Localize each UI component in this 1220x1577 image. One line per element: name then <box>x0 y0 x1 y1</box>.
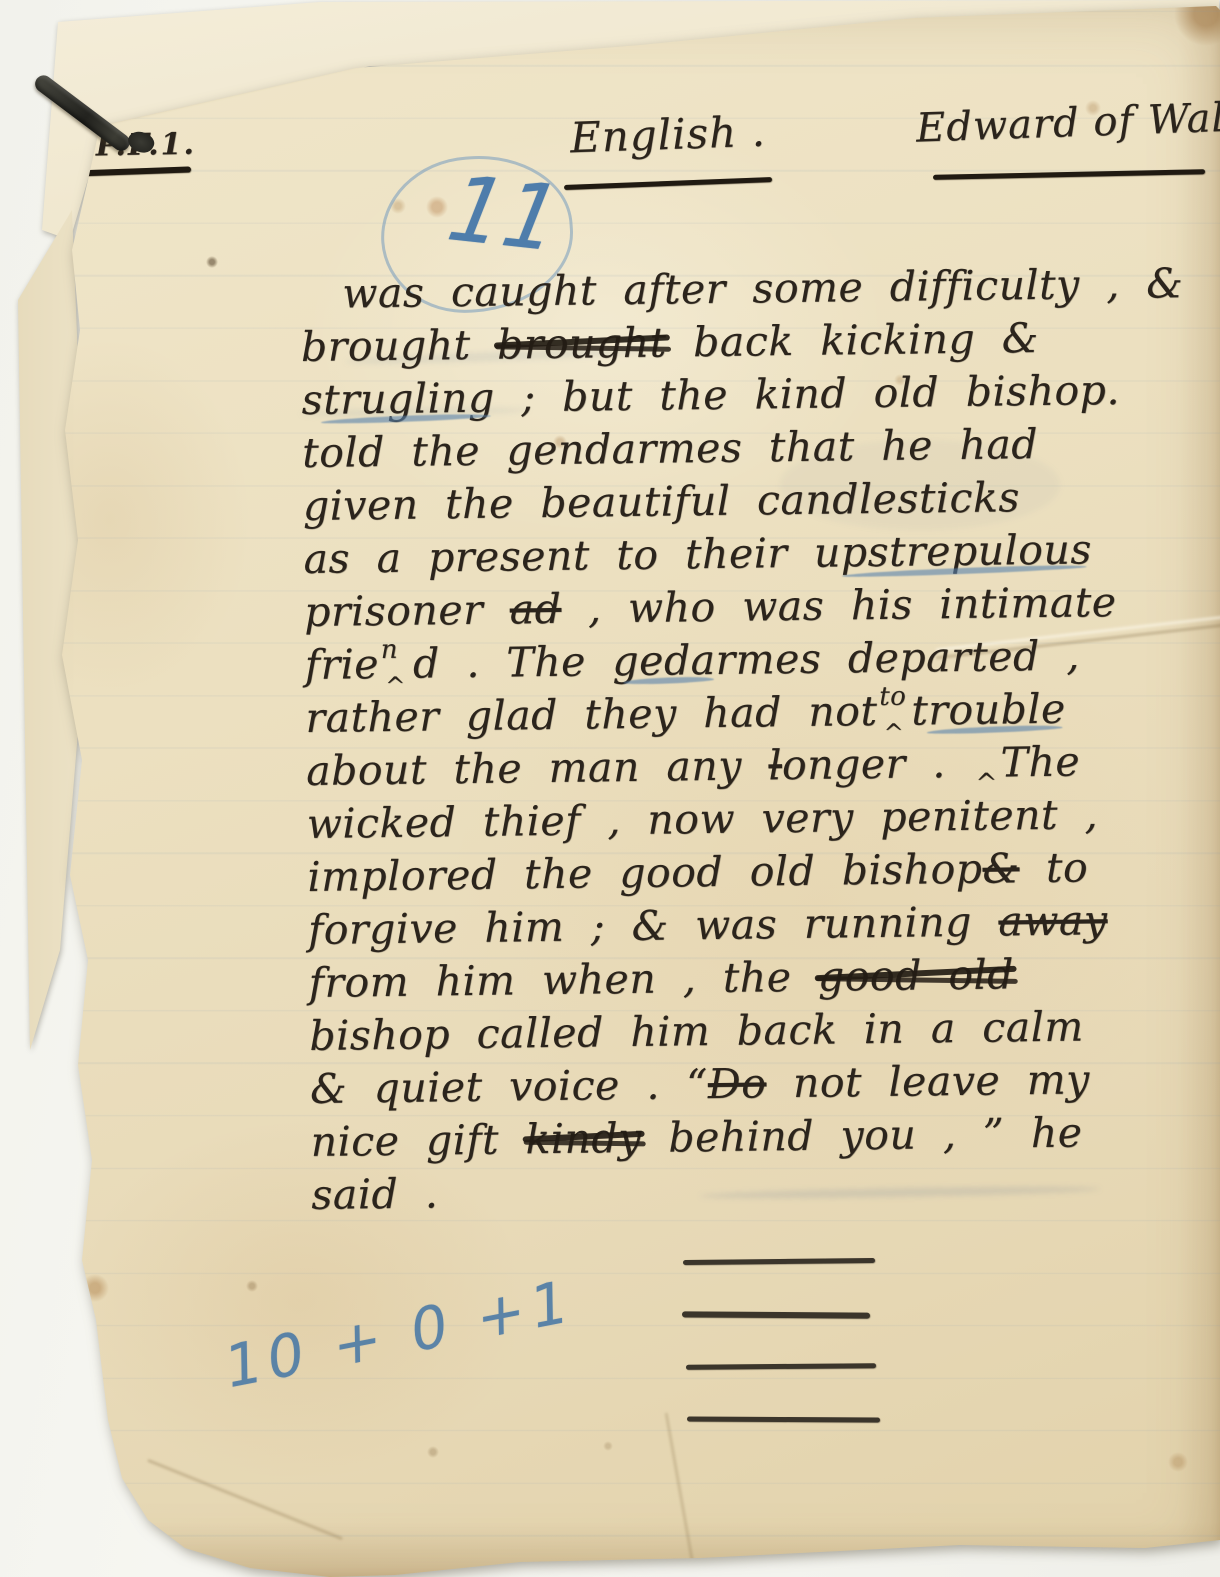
text-segment: as a present to their <box>303 529 814 583</box>
inserted-word: n^ <box>379 668 413 678</box>
text-segment: onger . <box>782 739 973 789</box>
struck-out-text: Do <box>708 1059 767 1108</box>
text-segment: & quiet voice . “ <box>310 1060 708 1113</box>
text-segment: d . The <box>413 637 613 687</box>
text-segment: wicked thief , now very penitent , <box>306 790 1098 848</box>
ink-rule-line <box>687 1416 880 1422</box>
text-segment: to <box>1019 843 1088 892</box>
struck-out-text: ad <box>509 585 561 634</box>
text-segment: prisoner <box>304 585 510 636</box>
struck-out-text: away <box>998 896 1108 945</box>
struck-out-text: l <box>768 741 782 789</box>
blue-underlined-text: geda <box>612 636 716 685</box>
inserted-word: to^ <box>877 715 911 725</box>
page-title-subject: English . <box>569 107 766 163</box>
text-segment: bishop called him back in a calm <box>309 1002 1084 1059</box>
text-segment: given the beautiful candlesticks <box>303 473 1021 530</box>
struck-out-text: & <box>982 844 1020 892</box>
text-segment: frie <box>305 640 380 689</box>
text-segment: said . <box>311 1169 438 1219</box>
blue-underlined-text: upstrepulous <box>814 525 1093 576</box>
text-segment: brought <box>301 321 498 371</box>
text-segment: told the gendarmes that he had <box>302 420 1038 477</box>
blue-underlined-text: trouble <box>911 685 1066 735</box>
ink-rule-line <box>682 1311 870 1318</box>
text-segment: ; but the kind old bishop. <box>494 366 1120 422</box>
text-segment: forgive him ; & was running <box>308 898 999 954</box>
struck-out-text: kindy <box>525 1114 642 1163</box>
text-segment: about the man any <box>306 741 769 795</box>
handwritten-line: was caught after some difficulty , & <box>300 257 1184 321</box>
text-segment: was caught after some difficulty , & <box>342 259 1184 317</box>
text-segment: The <box>1000 738 1080 787</box>
text-segment: , who was his intimate <box>561 578 1117 633</box>
text-segment: nice gift <box>310 1115 525 1166</box>
text-segment: not leave my <box>766 1055 1090 1107</box>
text-segment: rather glad they had not <box>305 687 877 742</box>
handwritten-line: said . <box>311 1158 1195 1222</box>
handwritten-line: nice gift kindy behind you , ” he <box>310 1105 1194 1169</box>
text-segment: from him when , the <box>308 953 818 1007</box>
struck-out-text: good old <box>818 950 1015 1000</box>
handwriting-block: was caught after some difficulty , &brou… <box>300 257 1195 1222</box>
scanned-document-page: { "document": { "kind": "handwritten-sch… <box>0 0 1220 1577</box>
handwritten-line: forgive him ; & was running away <box>308 893 1192 957</box>
text-segment: behind you , ” he <box>641 1109 1082 1162</box>
struck-out-text: brought <box>497 319 667 369</box>
blue-underlined-text: strugling <box>301 374 495 424</box>
paper-sheet: 5. P.F.1. English . Edward of Wales 11 w… <box>0 0 1220 1577</box>
handwritten-line: strugling ; but the kind old bishop. <box>301 363 1185 427</box>
text-segment: back kicking & <box>666 314 1039 367</box>
text-segment: implored the good old bishop <box>307 845 983 901</box>
